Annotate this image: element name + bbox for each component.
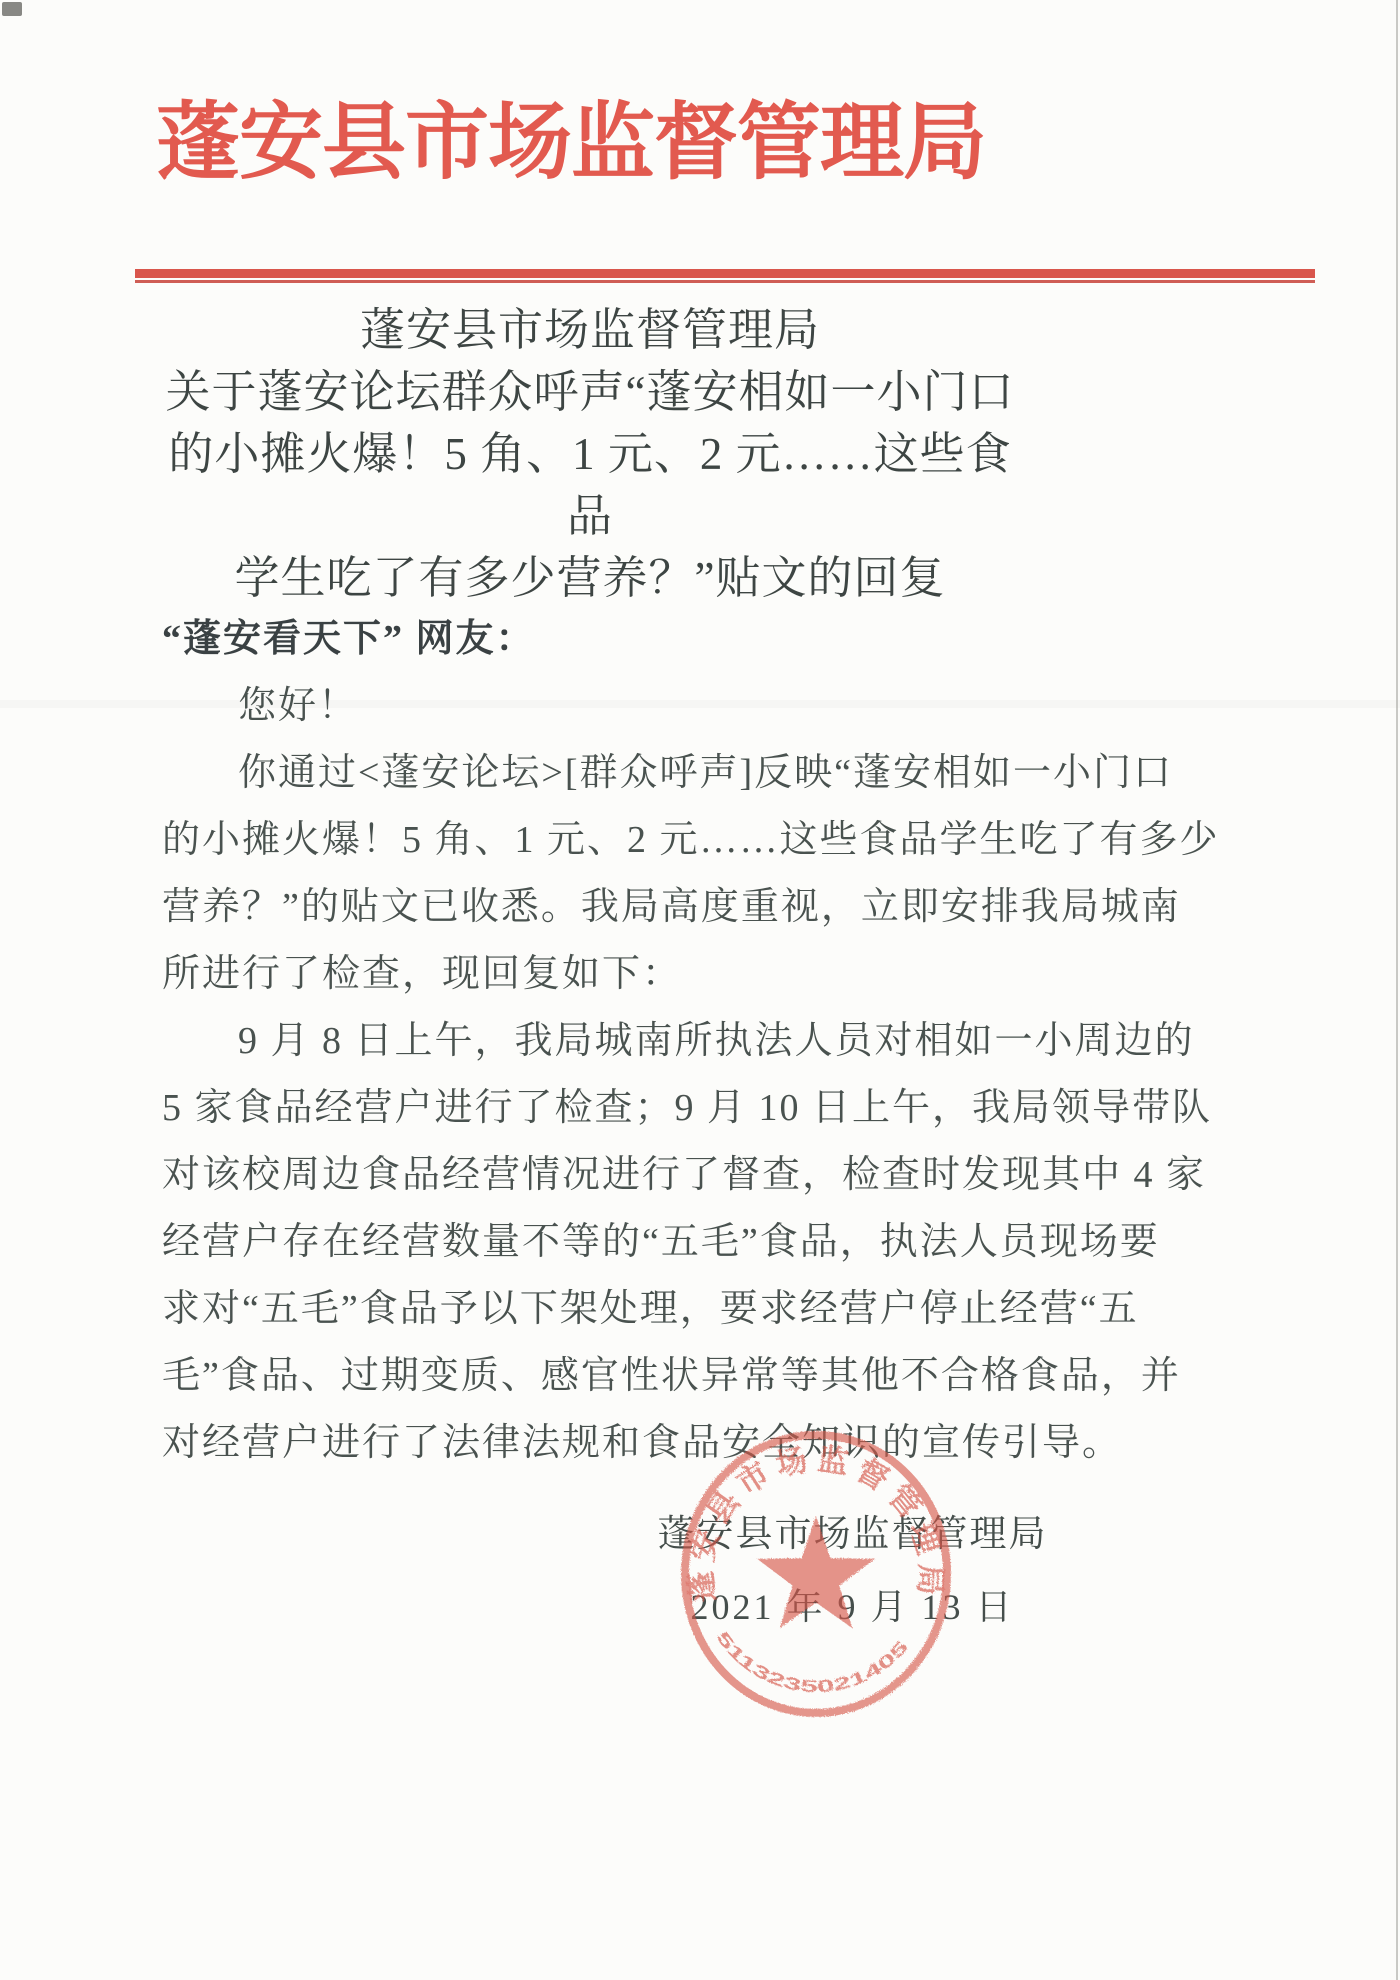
body-paragraph-1: 你通过<蓬安论坛>[群众呼声]反映“蓬安相如一小门口 的小摊火爆！5 角、1 元… [162, 740, 1252, 1008]
document-title: 蓬安县市场监督管理局 关于蓬安论坛群众呼声“蓬安相如一小门口 的小摊火爆！5 角… [160, 299, 1020, 609]
letter-body: “蓬安看天下” 网友： 您好！ 你通过<蓬安论坛>[群众呼声]反映“蓬安相如一小… [162, 606, 1252, 1477]
red-divider-rule [135, 269, 1315, 283]
scanned-document-page: 蓬安县市场监督管理局 蓬安县市场监督管理局 关于蓬安论坛群众呼声“蓬安相如一小门… [0, 0, 1400, 1980]
seal-code: 5113235021405 [712, 1628, 912, 1697]
letterhead-title: 蓬安县市场监督管理局 [156, 94, 1000, 190]
scan-artifact-edge [1396, 0, 1398, 1980]
scan-artifact-corner [2, 2, 22, 16]
svg-text:5113235021405: 5113235021405 [712, 1628, 912, 1697]
body-paragraph-2: 9 月 8 日上午，我局城南所执法人员对相如一小周边的 5 家食品经营户进行了检… [162, 1008, 1252, 1477]
signature-date: 2021 年 9 月 13 日 [570, 1584, 1135, 1630]
salutation: “蓬安看天下” 网友： [162, 606, 1252, 673]
greeting-paragraph: 您好！ [162, 673, 1252, 740]
signature-block: 蓬安县市场监督管理局 2021 年 9 月 13 日 [570, 1512, 1135, 1630]
signature-organization: 蓬安县市场监督管理局 [570, 1512, 1135, 1558]
